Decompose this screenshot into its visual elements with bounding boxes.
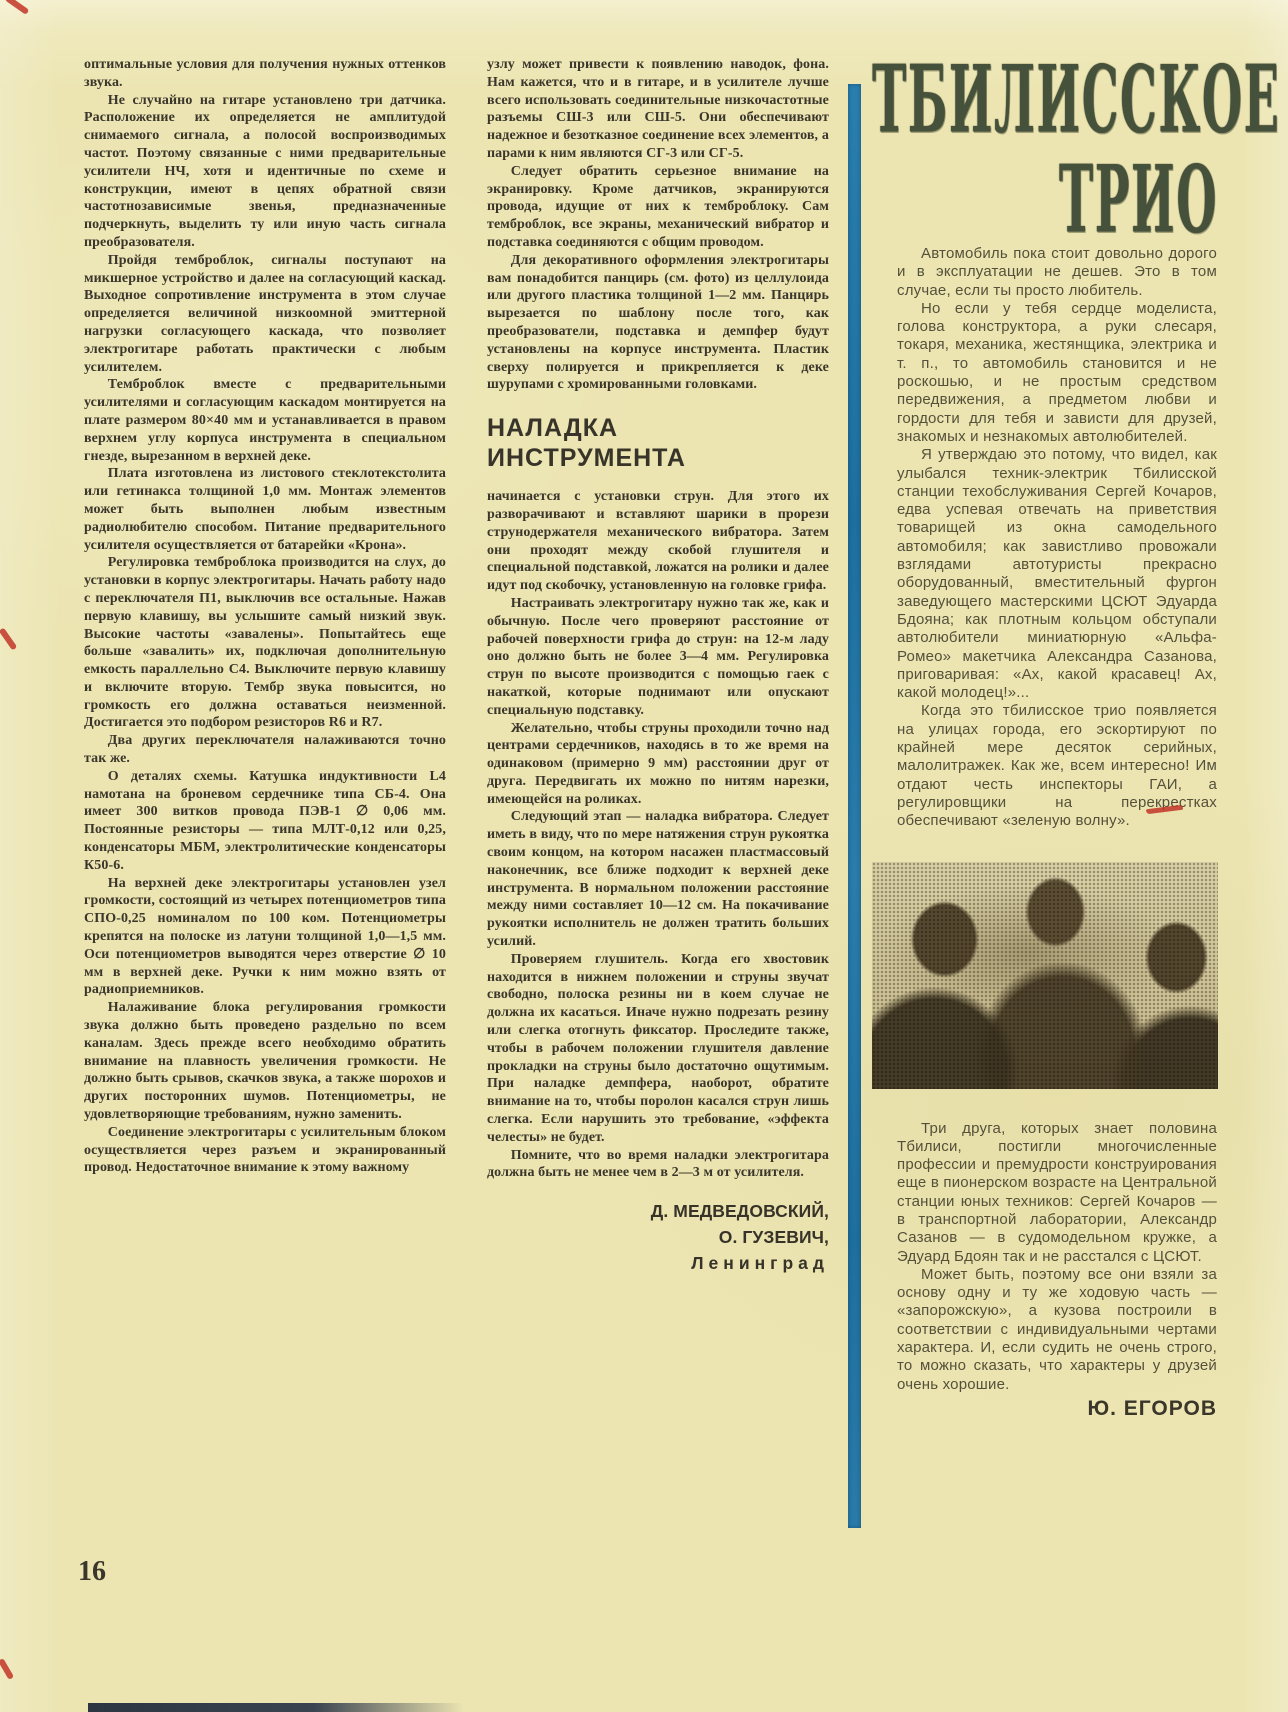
author-city: Ленинград bbox=[487, 1250, 829, 1276]
body-paragraph: Не случайно на гитаре установлено три да… bbox=[84, 92, 446, 252]
article-title-line: ТБИЛИССКОЕ bbox=[872, 54, 1138, 147]
page-number: 16 bbox=[78, 1556, 106, 1588]
body-paragraph: Два других переключателя налаживаются то… bbox=[84, 732, 446, 768]
body-paragraph: Проверяем глушитель. Когда его хвостовик… bbox=[487, 951, 829, 1147]
caption-paragraph: Три друга, которых знает половина Тбилис… bbox=[897, 1120, 1217, 1266]
photo-caption: Три друга, которых знает половина Тбилис… bbox=[897, 1120, 1217, 1394]
body-paragraph: Но если у тебя сердце моделиста, голова … bbox=[897, 300, 1217, 446]
body-paragraph: Следующий этап — наладка вибратора. След… bbox=[487, 808, 829, 950]
author-signature-egorov: Ю. ЕГОРОВ bbox=[897, 1400, 1217, 1418]
body-paragraph: Соединение электрогитары с усилительным … bbox=[84, 1124, 446, 1177]
section-heading-line: НАЛАДКА bbox=[487, 413, 829, 443]
body-paragraph: узлу может привести к появлению наводок,… bbox=[487, 56, 829, 163]
red-pen-mark-left-edge bbox=[0, 627, 17, 650]
magazine-page-scan: оптимальные условия для получения нужных… bbox=[0, 0, 1288, 1712]
body-paragraph: Налаживание блока регулирования громкост… bbox=[84, 999, 446, 1124]
section-heading-line: ИНСТРУМЕНТА bbox=[487, 443, 829, 473]
author-name: О. ГУЗЕВИЧ, bbox=[487, 1224, 829, 1250]
middle-text-column: узлу может привести к появлению наводок,… bbox=[487, 56, 829, 1276]
body-paragraph: Темброблок вместе с предварительными уси… bbox=[84, 376, 446, 465]
body-paragraph: Для декоративного оформления электрогита… bbox=[487, 252, 829, 394]
body-paragraph: Помните, что во время наладки электрогит… bbox=[487, 1147, 829, 1183]
article-title-line: ТРИО bbox=[952, 154, 1218, 247]
body-paragraph: Автомобиль пока стоит довольно дорого и … bbox=[897, 245, 1217, 300]
caption-paragraph: Может быть, поэтому все они взяли за осн… bbox=[897, 1266, 1217, 1394]
article-title-tbilisskoe-trio: ТБИЛИССКОЕ ТРИО bbox=[872, 54, 1218, 214]
column-divider-rule bbox=[848, 84, 861, 1528]
body-paragraph: Когда это тбилисское трио появляется на … bbox=[897, 702, 1217, 830]
body-paragraph: начинается с установки струн. Для этого … bbox=[487, 488, 829, 595]
body-paragraph: Настраивать электрогитару нужно так же, … bbox=[487, 595, 829, 720]
red-pen-mark-top-corner bbox=[5, 0, 30, 15]
body-paragraph: Плата изготовлена из листового стеклотек… bbox=[84, 465, 446, 554]
author-name: Д. МЕДВЕДОВСКИЙ, bbox=[487, 1198, 829, 1224]
body-paragraph: Я утверждаю это потому, что видел, как у… bbox=[897, 446, 1217, 702]
body-paragraph: оптимальные условия для получения нужных… bbox=[84, 56, 446, 92]
three-friends-halftone-photo bbox=[872, 862, 1218, 1089]
body-paragraph: Пройдя темброблок, сигналы поступают на … bbox=[84, 252, 446, 377]
right-text-column: Автомобиль пока стоит довольно дорого и … bbox=[897, 245, 1217, 1418]
left-text-column: оптимальные условия для получения нужных… bbox=[84, 56, 446, 1177]
scan-edge-strip bbox=[88, 1703, 464, 1712]
body-paragraph: Регулировка темброблока производится на … bbox=[84, 554, 446, 732]
body-paragraph: На верхней деке электрогитары установлен… bbox=[84, 875, 446, 1000]
red-pen-mark-bottom-edge bbox=[0, 1658, 14, 1680]
authors-signature: Д. МЕДВЕДОВСКИЙ, О. ГУЗЕВИЧ, Ленинград bbox=[487, 1198, 829, 1276]
section-heading-naladka: НАЛАДКА ИНСТРУМЕНТА bbox=[487, 413, 829, 473]
body-paragraph: Желательно, чтобы струны проходили точно… bbox=[487, 720, 829, 809]
body-paragraph: Следует обратить серьезное внимание на э… bbox=[487, 163, 829, 252]
body-paragraph: О деталях схемы. Катушка индуктивности L… bbox=[84, 768, 446, 875]
